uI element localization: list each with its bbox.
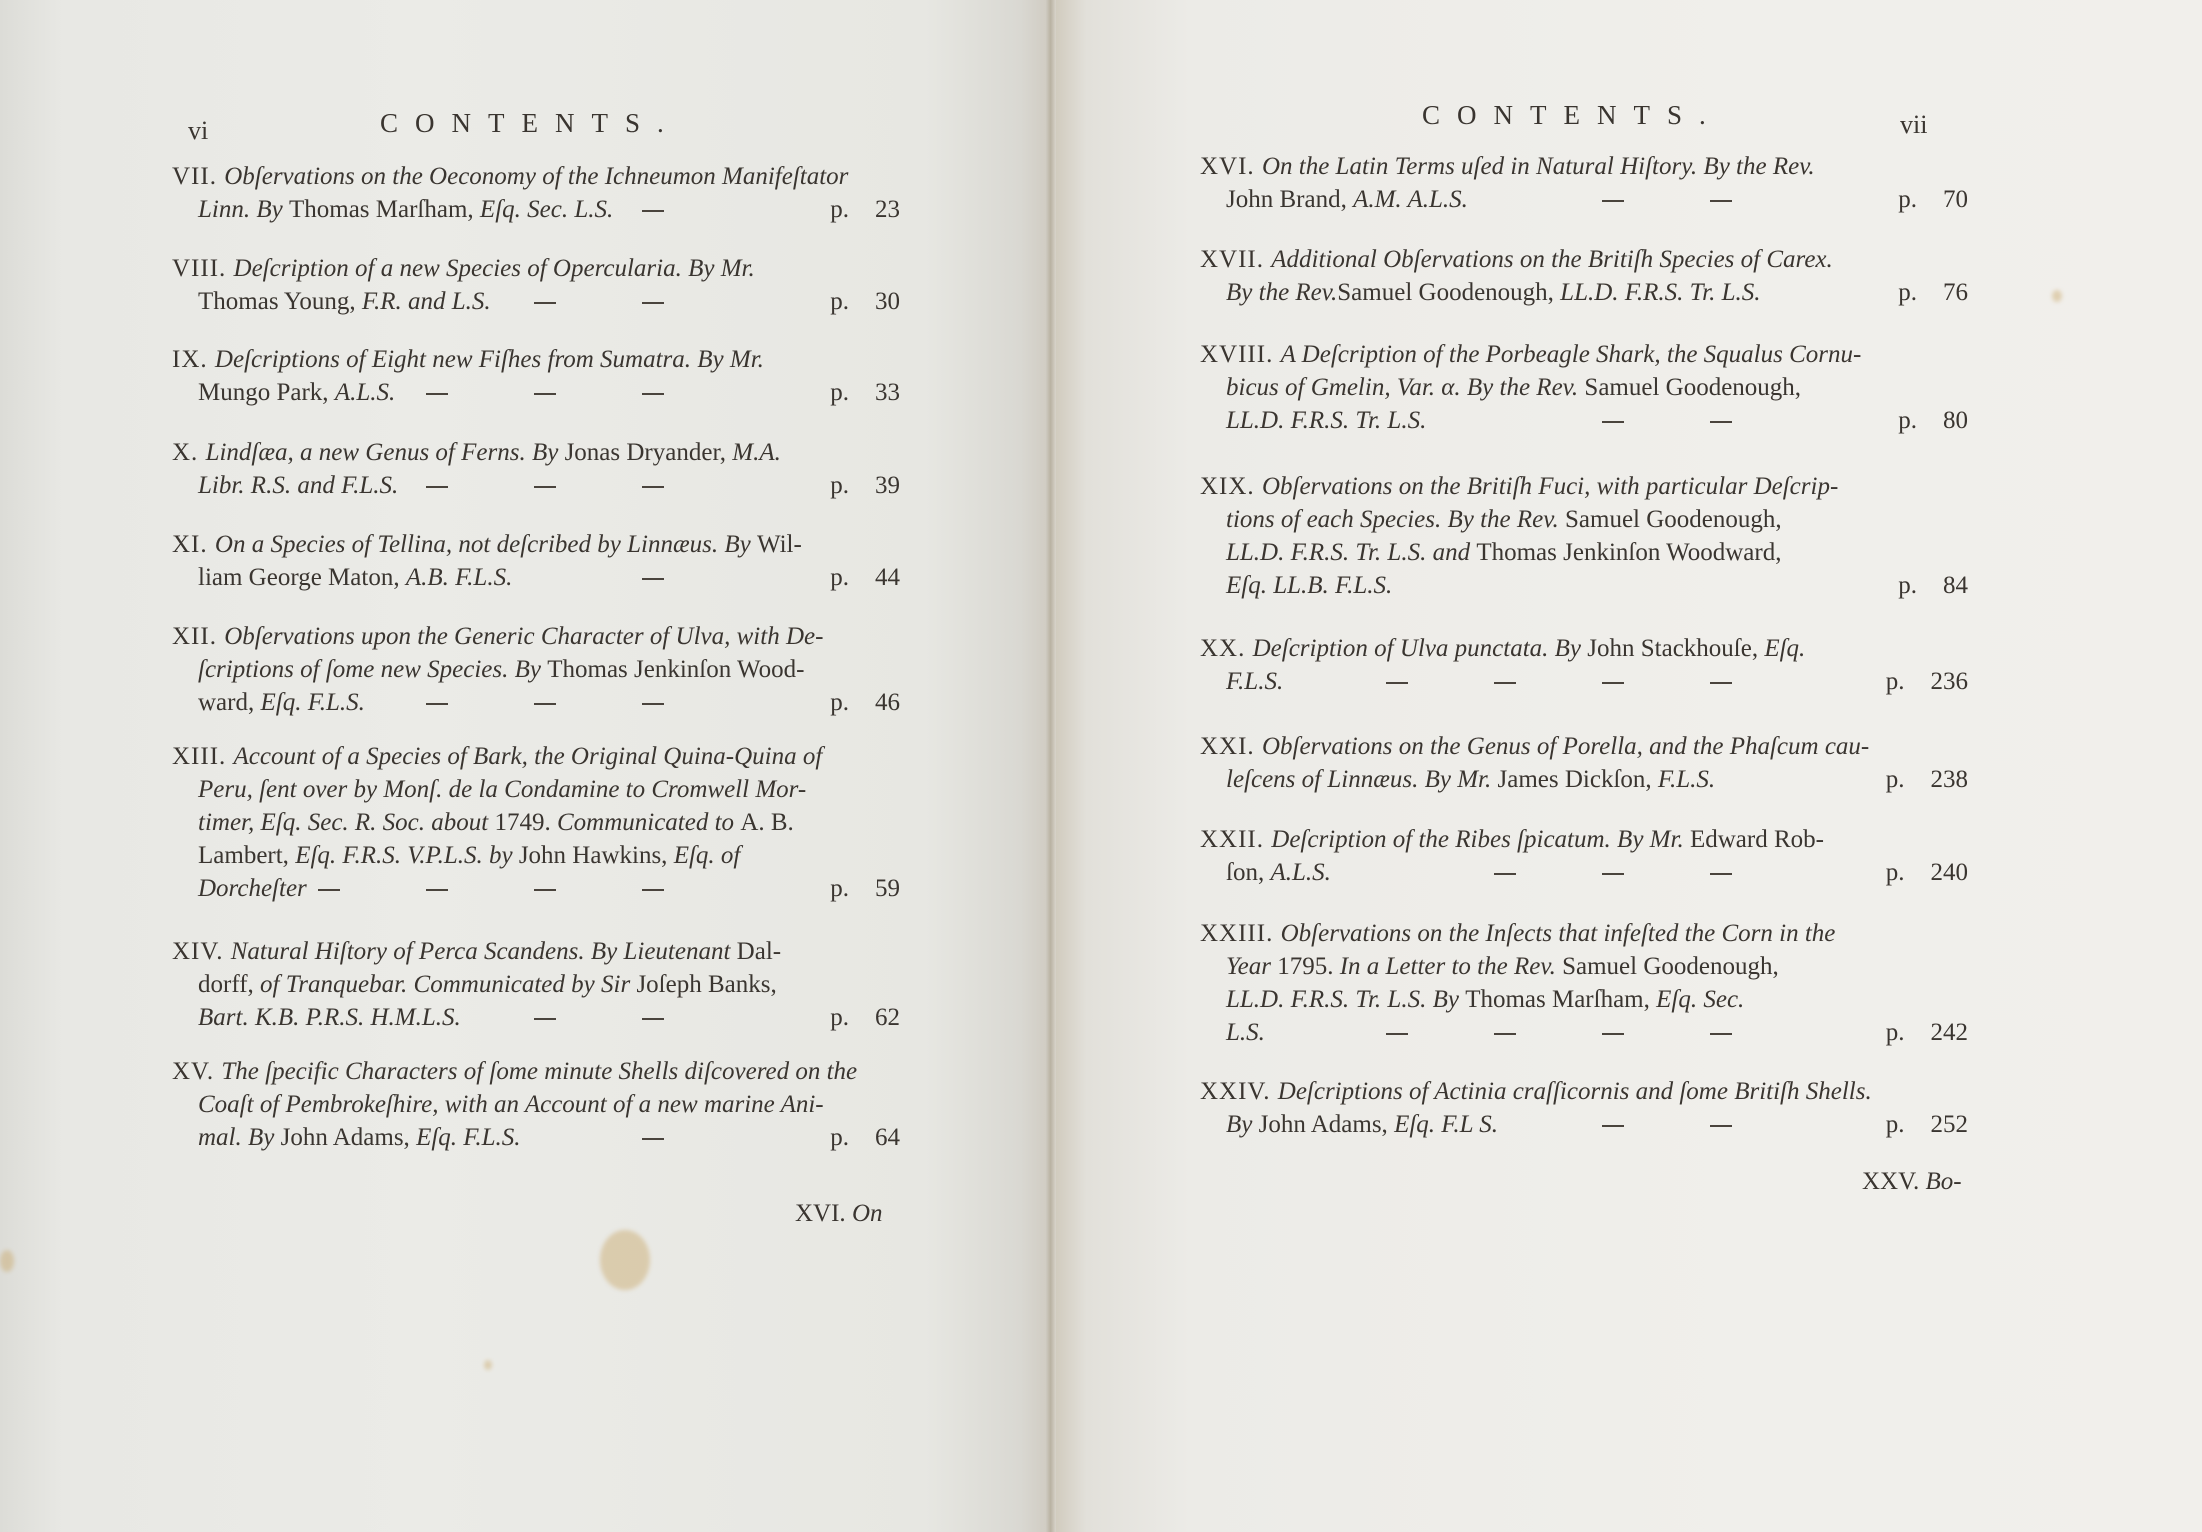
page-folio: vi	[188, 116, 208, 146]
contents-entry: XVI. On the Latin Terms uſed in Natural …	[1200, 150, 1968, 216]
entry-numeral: XVIII.	[1200, 341, 1281, 368]
entry-title-text: F.R. and L.S.	[362, 288, 491, 315]
leader-dashes	[1602, 1108, 1818, 1141]
entry-title-text: ſcriptions of ſome new Species. By	[198, 656, 547, 683]
entry-line: IX. Deſcriptions of Eight new Fiſhes fro…	[172, 343, 900, 376]
catchword: XVI. On	[795, 1200, 883, 1228]
entry-numeral: XII.	[172, 623, 224, 650]
entry-line: Linn. By Thomas Marſham, Eſq. Sec. L.S.p…	[172, 193, 900, 226]
entry-title-text: A.L.S.	[335, 379, 395, 406]
entry-title-text: A.B. F.L.S.	[406, 564, 513, 591]
entry-author-text: Dal-	[737, 938, 781, 965]
entry-title-text: By	[1226, 1111, 1259, 1138]
leader-dashes	[642, 1121, 750, 1154]
contents-entry: XVII. Additional Obſervations on the Bri…	[1200, 243, 1968, 309]
entry-title-text: Eſq. F.L.S.	[260, 689, 364, 716]
entry-line: XI. On a Species of Tellina, not deſcrib…	[172, 528, 900, 561]
entry-line: L.S.p.242	[1200, 1016, 1968, 1049]
entry-line: leſcens of Linnæus. By Mr. James Dickſon…	[1200, 763, 1968, 796]
contents-entry: X. Lindſæa, a new Genus of Ferns. By Jon…	[172, 436, 900, 502]
entry-title-text: LL.D. F.R.S. Tr. L.S. By	[1226, 986, 1465, 1013]
entry-author-text: Thomas Jenkinſon Wood-	[547, 656, 804, 683]
entry-title-text: M.A.	[732, 439, 781, 466]
entry-line: X. Lindſæa, a new Genus of Ferns. By Jon…	[172, 436, 900, 469]
leader-dashes	[426, 469, 750, 502]
entry-author-text: John Adams,	[281, 1124, 416, 1151]
leader-dashes	[642, 561, 750, 594]
leader-dashes	[1386, 665, 1818, 698]
contents-entry: XX. Deſcription of Ulva punctata. By Joh…	[1200, 632, 1968, 698]
entry-author-text: Thomas Jenkinſon Woodward,	[1476, 539, 1781, 566]
entry-line: Lambert, Eſq. F.R.S. V.P.L.S. by John Ha…	[172, 839, 900, 872]
entry-line: XVII. Additional Obſervations on the Bri…	[1200, 243, 1968, 276]
entry-author-text: Mungo Park,	[198, 379, 335, 406]
contents-entry: XXII. Deſcription of the Ribes ſpicatum.…	[1200, 823, 1968, 889]
entry-title-text: A.M. A.L.S.	[1353, 186, 1468, 213]
page-number: 242	[1931, 1019, 1969, 1046]
foxing-stain	[0, 1250, 14, 1272]
page-number: 62	[875, 1004, 900, 1031]
page-reference: p.62	[830, 1001, 900, 1034]
page-reference: p.236	[1886, 665, 1968, 698]
page-number: 64	[875, 1124, 900, 1151]
page-number: 39	[875, 472, 900, 499]
page-reference: p.70	[1898, 183, 1968, 216]
entry-numeral: X.	[172, 439, 206, 466]
entry-line: Mungo Park, A.L.S.p.33	[172, 376, 900, 409]
page-reference: p.33	[830, 376, 900, 409]
entry-numeral: XXIV.	[1200, 1078, 1278, 1105]
leader-dashes	[1386, 1016, 1818, 1049]
entry-line: bicus of Gmelin, Var. α. By the Rev. Sam…	[1200, 371, 1968, 404]
entry-line: ſcriptions of ſome new Species. By Thoma…	[172, 653, 900, 686]
entry-line: By John Adams, Eſq. F.L S.p.252	[1200, 1108, 1968, 1141]
page-number: 46	[875, 689, 900, 716]
entry-author-text: liam George Maton,	[198, 564, 406, 591]
entry-title-text: Obſervations on the Genus of Porella, an…	[1262, 733, 1869, 760]
entry-author-text: Samuel Goodenough,	[1337, 279, 1560, 306]
entry-numeral: VIII.	[172, 255, 234, 282]
entry-title-text: mal. By	[198, 1124, 281, 1151]
contents-entry: XXIII. Obſervations on the Inſects that …	[1200, 917, 1968, 1049]
entry-line: Peru, ſent over by Monſ. de la Condamine…	[172, 773, 900, 806]
entry-title-text: On the Latin Terms uſed in Natural Hiſto…	[1262, 153, 1815, 180]
page-reference: p.44	[830, 561, 900, 594]
page-reference: p.84	[1898, 569, 1968, 602]
entry-line: XII. Obſervations upon the Generic Chara…	[172, 620, 900, 653]
leader-dashes	[1602, 183, 1818, 216]
entry-author-text: Samuel Goodenough,	[1565, 506, 1782, 533]
page-number: 23	[875, 196, 900, 223]
entry-title-text: Account of a Species of Bark, the Origin…	[234, 743, 823, 770]
entry-line: Eſq. LL.B. F.L.S.p.84	[1200, 569, 1968, 602]
entry-title-text: A Deſcription of the Porbeagle Shark, th…	[1281, 341, 1862, 368]
page-reference: p.39	[830, 469, 900, 502]
page-reference: p.30	[830, 285, 900, 318]
entry-author-text: Thomas Young,	[198, 288, 362, 315]
entry-author-text: Thomas Marſham,	[1465, 986, 1656, 1013]
contents-entry: IX. Deſcriptions of Eight new Fiſhes fro…	[172, 343, 900, 409]
entry-line: LL.D. F.R.S. Tr. L.S. By Thomas Marſham,…	[1200, 983, 1968, 1016]
entry-author-text: dorff,	[198, 971, 260, 998]
leader-dashes	[318, 872, 750, 905]
entry-title-text: Deſcriptions of Eight new Fiſhes from Su…	[215, 346, 764, 373]
entry-title-text: Eſq. Sec.	[1656, 986, 1744, 1013]
entry-author-text: John Brand,	[1226, 186, 1353, 213]
entry-author-text: Wil-	[757, 531, 802, 558]
entry-title-text: Peru, ſent over by Monſ. de la Condamine…	[198, 776, 806, 803]
entry-title-text: Dorcheſter	[198, 875, 307, 902]
entry-line: XIII. Account of a Species of Bark, the …	[172, 740, 900, 773]
entry-line: dorff, of Tranquebar. Communicated by Si…	[172, 968, 900, 1001]
entry-title-text: Eſq. F.L.S.	[416, 1124, 520, 1151]
entry-title-text: Obſervations upon the Generic Character …	[224, 623, 823, 650]
contents-entry: XVIII. A Deſcription of the Porbeagle Sh…	[1200, 338, 1968, 437]
page-number: 70	[1943, 186, 1968, 213]
entry-numeral: XXI.	[1200, 733, 1262, 760]
page-reference: p.23	[830, 193, 900, 226]
contents-entry: XIII. Account of a Species of Bark, the …	[172, 740, 900, 905]
page-number: 59	[875, 875, 900, 902]
entry-title-text: Eſq. LL.B. F.L.S.	[1226, 572, 1392, 599]
entry-title-text: of Tranquebar. Communicated by Sir	[260, 971, 636, 998]
entry-numeral: XVI.	[1200, 153, 1262, 180]
entry-numeral: VII.	[172, 163, 224, 190]
entry-line: Libr. R.S. and F.L.S.p.39	[172, 469, 900, 502]
entry-line: ward, Eſq. F.L.S.p.46	[172, 686, 900, 719]
entry-title-text: LL.D. F.R.S. Tr. L.S.	[1560, 279, 1760, 306]
entry-title-text: LL.D. F.R.S. Tr. L.S. and	[1226, 539, 1476, 566]
leader-dashes	[534, 285, 750, 318]
entry-title-text: Obſervations on the Inſects that infeſte…	[1281, 920, 1836, 947]
page-reference: p.64	[830, 1121, 900, 1154]
entry-line: timer, Eſq. Sec. R. Soc. about 1749. Com…	[172, 806, 900, 839]
entry-line: XV. The ſpecific Characters of ſome minu…	[172, 1055, 900, 1088]
entry-title-text: Eſq.	[1764, 635, 1805, 662]
entry-line: XVIII. A Deſcription of the Porbeagle Sh…	[1200, 338, 1968, 371]
entry-line: XXI. Obſervations on the Genus of Porell…	[1200, 730, 1968, 763]
entry-line: Coaſt of Pembrokeſhire, with an Account …	[172, 1088, 900, 1121]
entry-title-text: LL.D. F.R.S. Tr. L.S.	[1226, 407, 1426, 434]
entry-author-text: Samuel Goodenough,	[1562, 953, 1779, 980]
entry-title-text: leſcens of Linnæus. By Mr.	[1226, 766, 1498, 793]
foxing-stain	[2052, 290, 2062, 302]
entry-author-text: Jonas Dryander,	[565, 439, 733, 466]
entry-line: liam George Maton, A.B. F.L.S.p.44	[172, 561, 900, 594]
entry-title-text: Deſcription of Ulva punctata. By	[1253, 635, 1588, 662]
entry-author-text: A. B.	[740, 809, 793, 836]
leader-dashes	[426, 686, 750, 719]
entry-title-text: By the Rev.	[1226, 279, 1337, 306]
entry-title-text: Lindſæa, a new Genus of Ferns. By	[206, 439, 565, 466]
page-reference: p.80	[1898, 404, 1968, 437]
entry-author-text: John Stackhouſe,	[1587, 635, 1764, 662]
entry-line: mal. By John Adams, Eſq. F.L.S.p.64	[172, 1121, 900, 1154]
contents-entry: XXI. Obſervations on the Genus of Porell…	[1200, 730, 1968, 796]
contents-entry: XIV. Natural Hiſtory of Perca Scandens. …	[172, 935, 900, 1034]
entry-title-text: Deſcription of the Ribes ſpicatum. By Mr…	[1271, 826, 1690, 853]
entry-title-text: Libr. R.S. and F.L.S.	[198, 472, 398, 499]
contents-entry: XII. Obſervations upon the Generic Chara…	[172, 620, 900, 719]
entry-title-text: L.S.	[1226, 1019, 1265, 1046]
entry-numeral: XV.	[172, 1058, 221, 1085]
entry-author-text: Joſeph Banks,	[636, 971, 776, 998]
entry-line: Dorcheſterp.59	[172, 872, 900, 905]
entry-line: By the Rev.Samuel Goodenough, LL.D. F.R.…	[1200, 276, 1968, 309]
entry-title-text: tions of each Species. By the Rev.	[1226, 506, 1565, 533]
entry-title-text: bicus of Gmelin, Var. α. By the Rev.	[1226, 374, 1584, 401]
page-number: 30	[875, 288, 900, 315]
entry-numeral: XXII.	[1200, 826, 1271, 853]
page-reference: p.46	[830, 686, 900, 719]
entry-line: Year 1795. In a Letter to the Rev. Samue…	[1200, 950, 1968, 983]
entry-author-text: Samuel Goodenough,	[1584, 374, 1801, 401]
page-number: 240	[1931, 859, 1969, 886]
page-reference: p.76	[1898, 276, 1968, 309]
entry-title-text: Coaſt of Pembrokeſhire, with an Account …	[198, 1091, 824, 1118]
entry-title-text: Deſcription of a new Species of Opercula…	[234, 255, 755, 282]
entry-author-text: John Hawkins,	[519, 842, 674, 869]
entry-line: XVI. On the Latin Terms uſed in Natural …	[1200, 150, 1968, 183]
entry-title-text: Bart. K.B. P.R.S. H.M.L.S.	[198, 1004, 461, 1031]
entry-author-text: James Dickſon,	[1498, 766, 1658, 793]
leader-dashes	[1602, 404, 1818, 437]
page-number: 236	[1931, 668, 1969, 695]
entry-numeral: IX.	[172, 346, 215, 373]
page-reference: p.252	[1886, 1108, 1968, 1141]
entry-line: XX. Deſcription of Ulva punctata. By Joh…	[1200, 632, 1968, 665]
entry-title-text: Deſcriptions of Actinia craſſicornis and…	[1278, 1078, 1872, 1105]
entry-title-text: In a Letter to the Rev.	[1333, 953, 1562, 980]
entry-title-text: Additional Obſervations on the Britiſh S…	[1271, 246, 1833, 273]
leader-dashes	[642, 193, 750, 226]
entry-title-text: Eſq. F.L S.	[1394, 1111, 1498, 1138]
page-reference: p.238	[1886, 763, 1968, 796]
entry-line: XXIV. Deſcriptions of Actinia craſſicorn…	[1200, 1075, 1968, 1108]
entry-author-text: Edward Rob-	[1690, 826, 1824, 853]
page-number: 252	[1931, 1111, 1969, 1138]
right-page: CONTENTS. vii XVI. On the Latin Terms uſ…	[1052, 0, 2202, 1532]
foxing-stain	[484, 1360, 492, 1370]
entry-title-text: On a Species of Tellina, not deſcribed b…	[215, 531, 757, 558]
entry-numeral: XX.	[1200, 635, 1253, 662]
page-number: 76	[1943, 279, 1968, 306]
entry-line: ſon, A.L.S.p.240	[1200, 856, 1968, 889]
entry-line: LL.D. F.R.S. Tr. L.S. and Thomas Jenkinſ…	[1200, 536, 1968, 569]
entry-numeral: XXIII.	[1200, 920, 1281, 947]
entry-numeral: XI.	[172, 531, 215, 558]
entry-line: VIII. Deſcription of a new Species of Op…	[172, 252, 900, 285]
entry-line: XIX. Obſervations on the Britiſh Fuci, w…	[1200, 470, 1968, 503]
entry-line: Thomas Young, F.R. and L.S.p.30	[172, 285, 900, 318]
contents-entry: XV. The ſpecific Characters of ſome minu…	[172, 1055, 900, 1154]
entry-title-text: Linn.	[198, 196, 250, 223]
entry-author-text: 1795.	[1277, 953, 1333, 980]
contents-entry: VIII. Deſcription of a new Species of Op…	[172, 252, 900, 318]
catchword: XXV. Bo-	[1862, 1168, 1962, 1196]
entry-title-text: Communicated to	[551, 809, 741, 836]
entry-title-text: F.L.S.	[1226, 668, 1283, 695]
page-number: 80	[1943, 407, 1968, 434]
entry-title-text: The ſpecific Characters of ſome minute S…	[221, 1058, 857, 1085]
leader-dashes	[426, 376, 750, 409]
foxing-stain	[600, 1230, 650, 1290]
entry-author-text: ward,	[198, 689, 260, 716]
left-page: vi CONTENTS. VII. Obſervations on the Oe…	[0, 0, 1052, 1532]
contents-entry: XXIV. Deſcriptions of Actinia craſſicorn…	[1200, 1075, 1968, 1141]
page-reference: p.59	[830, 872, 900, 905]
entry-line: XIV. Natural Hiſtory of Perca Scandens. …	[172, 935, 900, 968]
page-number: 84	[1943, 572, 1968, 599]
entry-line: VII. Obſervations on the Oeconomy of the…	[172, 160, 900, 193]
page-number: 33	[875, 379, 900, 406]
entry-title-text: Obſervations on the Oeconomy of the Ichn…	[224, 163, 848, 190]
entry-numeral: XIX.	[1200, 473, 1262, 500]
entry-line: tions of each Species. By the Rev. Samue…	[1200, 503, 1968, 536]
entry-title-text: A.L.S.	[1270, 859, 1330, 886]
entry-title-text: Natural Hiſtory of Perca Scandens. By Li…	[231, 938, 737, 965]
entry-author-text: John Adams,	[1259, 1111, 1394, 1138]
leader-dashes	[534, 1001, 750, 1034]
entry-title-text: F.L.S.	[1658, 766, 1715, 793]
entry-title-text: Eſq. Sec. L.S.	[480, 196, 613, 223]
entry-title-text: By	[250, 196, 289, 223]
entry-line: XXII. Deſcription of the Ribes ſpicatum.…	[1200, 823, 1968, 856]
page-folio: vii	[1900, 110, 1927, 140]
entry-numeral: XIII.	[172, 743, 234, 770]
page-reference: p.240	[1886, 856, 1968, 889]
entry-author-text: ſon,	[1226, 859, 1270, 886]
page-number: 238	[1931, 766, 1969, 793]
entry-line: F.L.S.p.236	[1200, 665, 1968, 698]
page-header: CONTENTS.	[1422, 100, 1723, 131]
book-gutter	[1046, 0, 1056, 1532]
leader-dashes	[1494, 856, 1818, 889]
page-number: 44	[875, 564, 900, 591]
entry-author-text: 1749.	[494, 809, 550, 836]
entry-line: John Brand, A.M. A.L.S.p.70	[1200, 183, 1968, 216]
entry-title-text: Eſq. of	[674, 842, 741, 869]
contents-entry: XI. On a Species of Tellina, not deſcrib…	[172, 528, 900, 594]
entry-numeral: XIV.	[172, 938, 231, 965]
entry-line: XXIII. Obſervations on the Inſects that …	[1200, 917, 1968, 950]
entry-author-text: Lambert,	[198, 842, 295, 869]
entry-title-text: Eſq. F.R.S. V.P.L.S. by	[295, 842, 519, 869]
entry-line: Bart. K.B. P.R.S. H.M.L.S.p.62	[172, 1001, 900, 1034]
entry-title-text: Year	[1226, 953, 1277, 980]
entry-title-text: Obſervations on the Britiſh Fuci, with p…	[1262, 473, 1838, 500]
contents-entry: XIX. Obſervations on the Britiſh Fuci, w…	[1200, 470, 1968, 602]
page-header: CONTENTS.	[380, 108, 681, 139]
contents-entry: VII. Obſervations on the Oeconomy of the…	[172, 160, 900, 226]
page-reference: p.242	[1886, 1016, 1968, 1049]
entry-numeral: XVII.	[1200, 246, 1271, 273]
entry-line: LL.D. F.R.S. Tr. L.S.p.80	[1200, 404, 1968, 437]
entry-author-text: Thomas Marſham,	[289, 196, 480, 223]
entry-title-text: timer, Eſq. Sec. R. Soc. about	[198, 809, 494, 836]
